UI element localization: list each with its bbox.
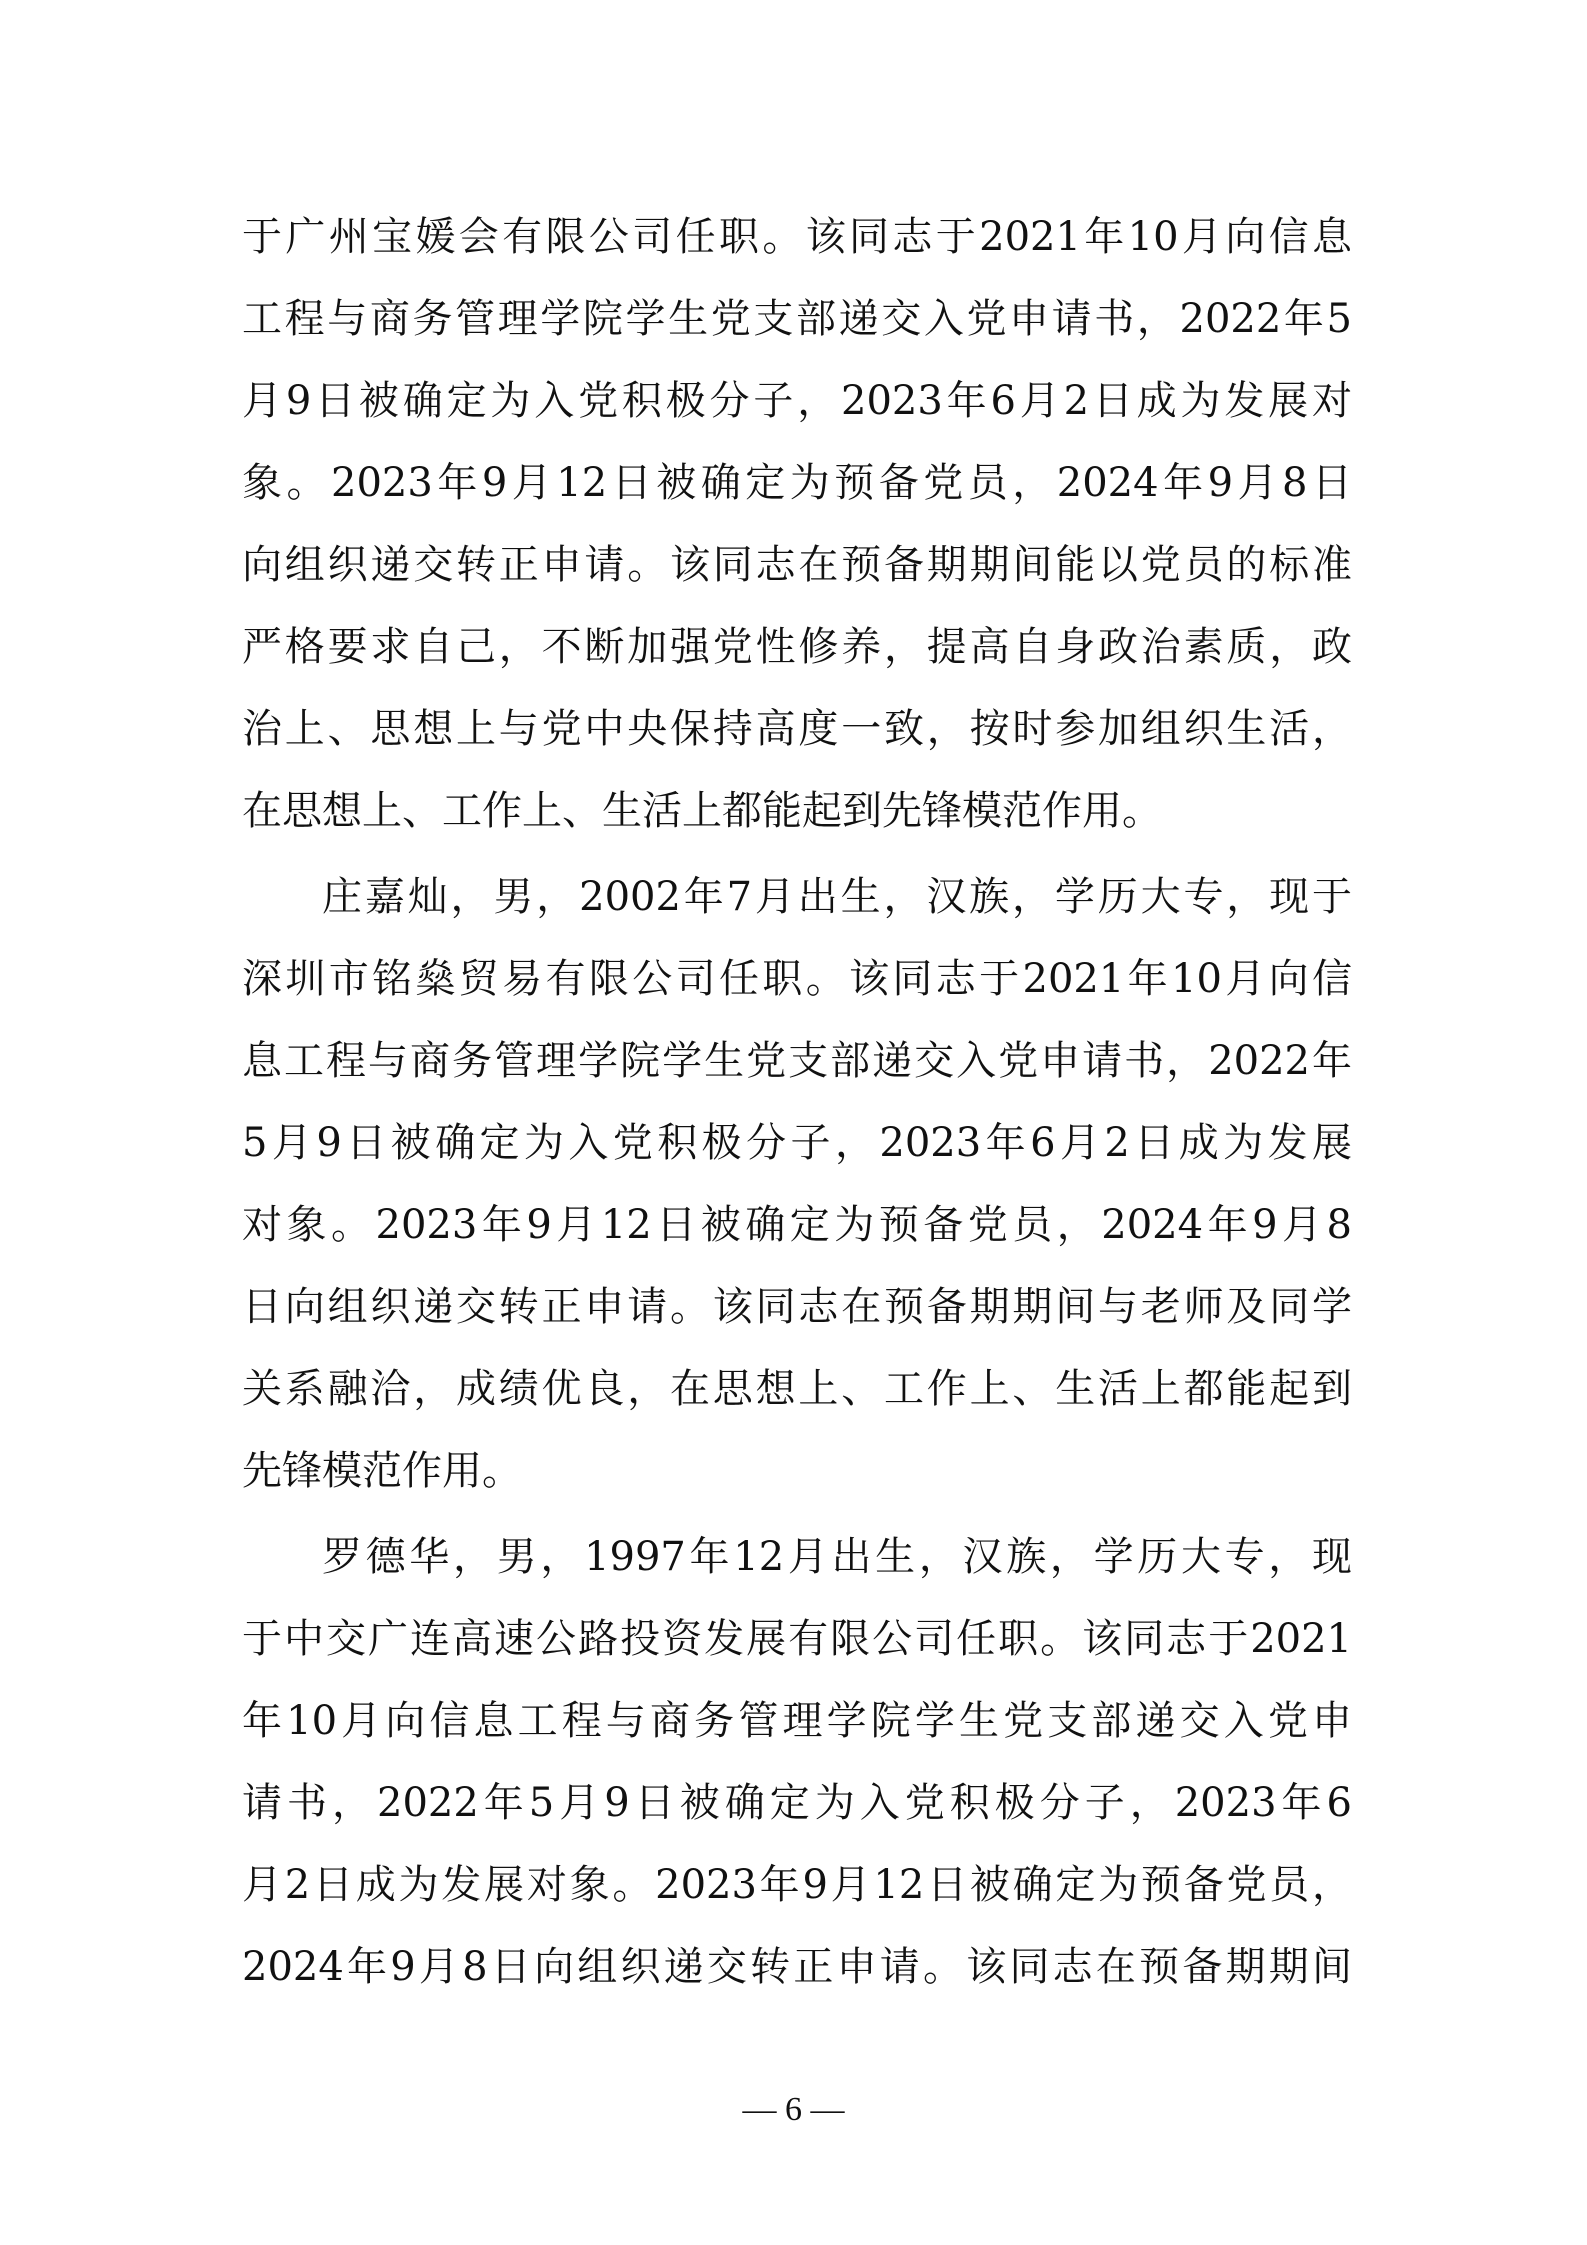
paragraph-2-line-3: 息工程与商务管理学院学生党支部递交入党申请书，2022年 bbox=[242, 1031, 1352, 1091]
paragraph-2-line-6: 日向组织递交转正申请。该同志在预备期期间与老师及同学 bbox=[242, 1277, 1352, 1337]
paragraph-3-line-1: 罗德华，男，1997年12月出生，汉族，学历大专，现 bbox=[322, 1527, 1352, 1587]
paragraph-2-line-2: 深圳市铭燊贸易有限公司任职。该同志于2021年10月向信 bbox=[242, 949, 1352, 1009]
paragraph-3-line-4: 请书，2022年5月9日被确定为入党积极分子，2023年6 bbox=[242, 1773, 1352, 1833]
paragraph-1-line-5: 向组织递交转正申请。该同志在预备期期间能以党员的标准 bbox=[242, 535, 1352, 595]
paragraph-2-line-1: 庄嘉灿，男，2002年7月出生，汉族，学历大专，现于 bbox=[322, 867, 1352, 927]
paragraph-3-line-3: 年10月向信息工程与商务管理学院学生党支部递交入党申 bbox=[242, 1691, 1352, 1751]
paragraph-1-line-4: 象。2023年9月12日被确定为预备党员，2024年9月8日 bbox=[242, 453, 1352, 513]
paragraph-2-line-7: 关系融洽，成绩优良，在思想上、工作上、生活上都能起到 bbox=[242, 1359, 1352, 1419]
paragraph-3-line-6: 2024年9月8日向组织递交转正申请。该同志在预备期期间 bbox=[242, 1937, 1352, 1997]
paragraph-1-line-7: 治上、思想上与党中央保持高度一致，按时参加组织生活， bbox=[242, 699, 1352, 759]
paragraph-3-line-2: 于中交广连高速公路投资发展有限公司任职。该同志于2021 bbox=[242, 1609, 1352, 1669]
paragraph-3-line-5: 月2日成为发展对象。2023年9月12日被确定为预备党员， bbox=[242, 1855, 1352, 1915]
paragraph-1-line-6: 严格要求自己，不断加强党性修养，提高自身政治素质，政 bbox=[242, 617, 1352, 677]
paragraph-2-line-4: 5月9日被确定为入党积极分子，2023年6月2日成为发展 bbox=[242, 1113, 1352, 1173]
page-number: — 6 — bbox=[0, 2085, 1587, 2135]
paragraph-2-line-5: 对象。2023年9月12日被确定为预备党员，2024年9月8 bbox=[242, 1195, 1352, 1255]
document-page: 于广州宝媛会有限公司任职。该同志于2021年10月向信息 工程与商务管理学院学生… bbox=[0, 0, 1587, 2245]
paragraph-1-line-2: 工程与商务管理学院学生党支部递交入党申请书，2022年5 bbox=[242, 289, 1352, 349]
paragraph-2-line-8: 先锋模范作用。 bbox=[242, 1441, 1352, 1501]
paragraph-1-line-3: 月9日被确定为入党积极分子，2023年6月2日成为发展对 bbox=[242, 371, 1352, 431]
paragraph-1-line-1: 于广州宝媛会有限公司任职。该同志于2021年10月向信息 bbox=[242, 207, 1352, 267]
paragraph-1-line-8: 在思想上、工作上、生活上都能起到先锋模范作用。 bbox=[242, 781, 1352, 841]
